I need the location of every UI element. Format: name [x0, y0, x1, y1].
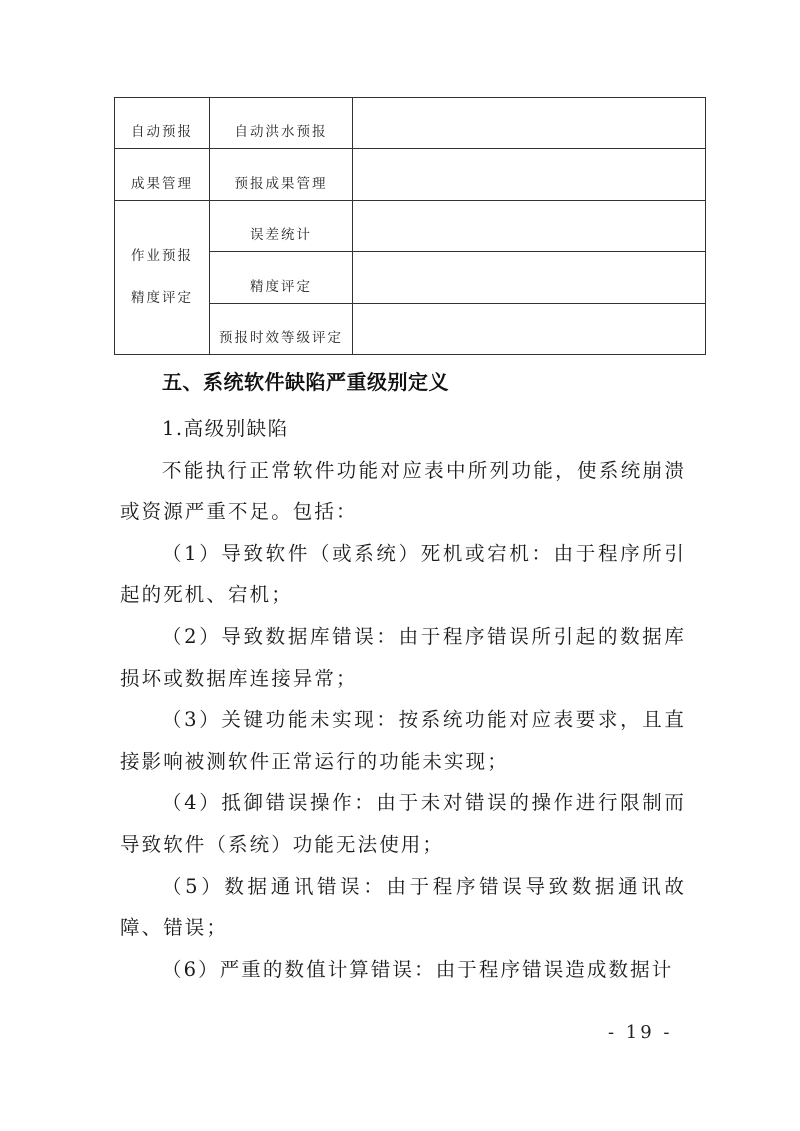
list-item: （5）数据通讯错误：由于程序错误导致数据通讯故障、错误；: [120, 866, 686, 949]
table-cell-notes: [353, 149, 706, 200]
category-line-2: 精度评定: [115, 277, 209, 319]
intro-paragraph: 不能执行正常软件功能对应表中所列功能，使系统崩溃或资源严重不足。包括：: [120, 450, 686, 533]
table-cell-notes: [353, 252, 706, 303]
table-cell-notes: [353, 98, 706, 149]
table-cell-function: 预报成果管理: [210, 149, 353, 200]
table-cell-category: 成果管理: [115, 149, 210, 200]
function-table: 自动预报 自动洪水预报 成果管理 预报成果管理 作业预报 精度评定 误差统计 精…: [114, 97, 706, 355]
list-item: （3）关键功能未实现：按系统功能对应表要求，且直接影响被测软件正常运行的功能未实…: [120, 699, 686, 782]
table-cell-function: 精度评定: [210, 252, 353, 303]
table-cell-function: 误差统计: [210, 200, 353, 251]
category-line-1: 作业预报: [115, 235, 209, 277]
table-cell-function: 自动洪水预报: [210, 98, 353, 149]
body-text: 1.高级别缺陷 不能执行正常软件功能对应表中所列功能，使系统崩溃或资源严重不足。…: [120, 408, 686, 990]
list-item: （2）导致数据库错误：由于程序错误所引起的数据库损坏或数据库连接异常；: [120, 616, 686, 699]
section-heading: 五、系统软件缺陷严重级别定义: [162, 366, 449, 395]
table-cell-category: 自动预报: [115, 98, 210, 149]
list-item: （1）导致软件（或系统）死机或宕机：由于程序所引起的死机、宕机；: [120, 533, 686, 616]
page-number: - 19 -: [608, 1022, 673, 1043]
table-row: 成果管理 预报成果管理: [115, 149, 706, 200]
subheading: 1.高级别缺陷: [120, 408, 686, 450]
table-cell-category-merged: 作业预报 精度评定: [115, 200, 210, 354]
table-cell-notes: [353, 200, 706, 251]
table-cell-notes: [353, 303, 706, 354]
table-row: 作业预报 精度评定 误差统计: [115, 200, 706, 251]
list-item: （4）抵御错误操作：由于未对错误的操作进行限制而导致软件（系统）功能无法使用；: [120, 782, 686, 865]
list-item: （6）严重的数值计算错误：由于程序错误造成数据计: [120, 949, 686, 991]
table-row: 自动预报 自动洪水预报: [115, 98, 706, 149]
table-cell-function: 预报时效等级评定: [210, 303, 353, 354]
